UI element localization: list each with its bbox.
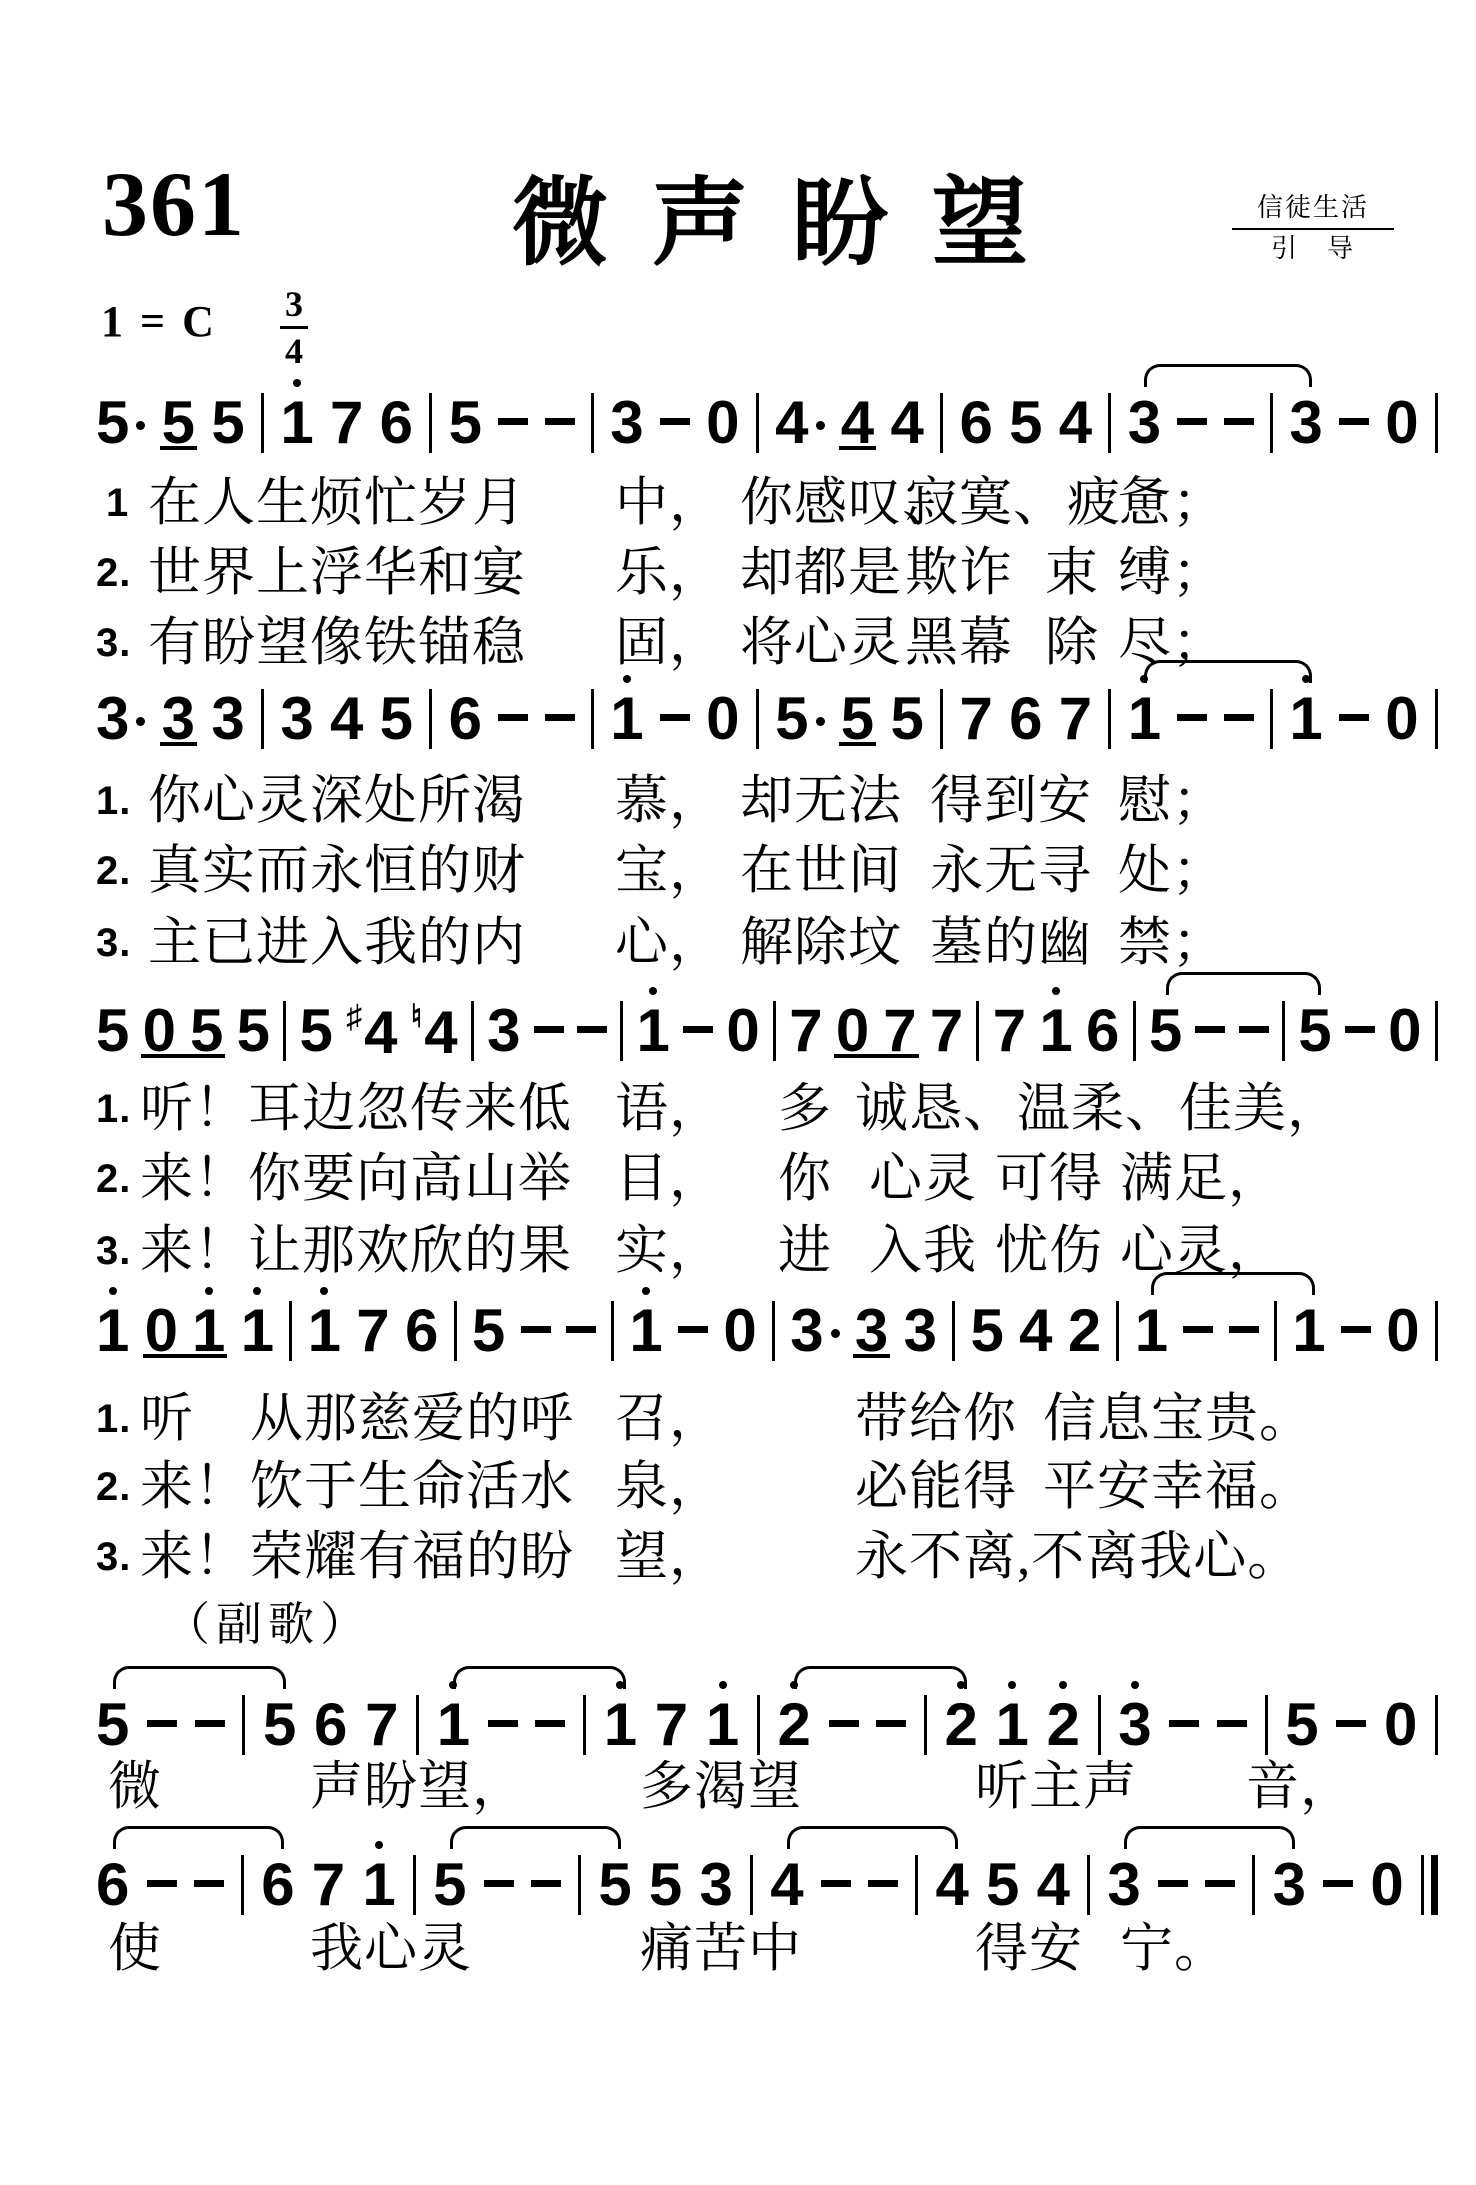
verse-number: 2.: [96, 851, 131, 891]
note: 2: [945, 1695, 978, 1755]
note: 5: [190, 1001, 223, 1061]
note: 4: [1059, 393, 1092, 453]
tie-arc: [113, 1666, 286, 1689]
beam-group: 4: [841, 393, 874, 453]
lyric-segment: 听主声: [975, 1758, 1137, 1816]
barline: [1116, 1301, 1119, 1361]
note: 5: [971, 1301, 1004, 1361]
beam-group: 01: [145, 1301, 226, 1361]
lyric-line-verse2-phrase4: 2.来！饮于生命活水泉，必能得平安幸福。: [0, 1458, 1476, 1520]
barline: [591, 393, 594, 453]
lyric-segment: 可得: [995, 1150, 1103, 1208]
notation-line-4: 1011176510333542110: [96, 1296, 1438, 1366]
barline: [1098, 1695, 1101, 1755]
beam-group: 05: [143, 1001, 224, 1061]
augmentation-dot: [136, 717, 145, 726]
lyric-segment: 却都是: [740, 544, 902, 602]
duration-dash: [488, 1720, 518, 1727]
duration-dash: [498, 714, 528, 721]
note: 6: [314, 1695, 347, 1755]
rest-note: 0: [836, 1001, 869, 1061]
barline: [1133, 1001, 1136, 1061]
rest-note: 0: [1385, 689, 1418, 749]
lyric-segment: 诚恳、温柔、佳美，: [855, 1080, 1341, 1138]
note: 3: [855, 1301, 888, 1361]
note: 1: [629, 1301, 662, 1361]
barline: [578, 1855, 581, 1915]
note: 5: [449, 393, 482, 453]
barline: [940, 689, 943, 749]
barline: [1087, 1855, 1090, 1915]
note: 5: [986, 1855, 1019, 1915]
duration-dash: [1323, 1880, 1353, 1887]
lyric-segment: 中，: [615, 474, 723, 532]
notation-line-1: 555176530444654330: [96, 388, 1438, 458]
rest-note: 0: [723, 1301, 756, 1361]
duration-dash: [498, 418, 528, 425]
notation-line-refrain-2: 667155534454330: [96, 1850, 1438, 1920]
note: 3: [487, 1001, 520, 1061]
rest-note: 0: [706, 689, 739, 749]
lyric-segment: 平安幸福。: [1043, 1458, 1313, 1516]
duration-dash: [147, 1880, 177, 1887]
lyric-segment: 实，: [615, 1222, 723, 1280]
note: 1: [96, 1301, 129, 1361]
rest-note: 0: [1370, 1855, 1403, 1915]
duration-dash: [1217, 1720, 1247, 1727]
notation-line-refrain-1: 556711712212350: [96, 1690, 1438, 1760]
note: 7: [365, 1695, 398, 1755]
barline: [1435, 393, 1438, 453]
lyric-segment: 黑幕: [905, 614, 1013, 672]
hymn-title: 微声盼望: [512, 176, 1072, 272]
duration-dash: [195, 1720, 225, 1727]
lyric-segment: 我心灵: [310, 1920, 472, 1978]
lyric-line-verse1-phrase1: 1在人生烦忙岁月中，你感叹、寂寞、疲惫；: [0, 474, 1476, 536]
category-top-text: 信徒生活: [1232, 192, 1394, 230]
barline: [261, 689, 264, 749]
note: 5: [598, 1855, 631, 1915]
lyric-segment: 世界上浮华和宴: [148, 544, 526, 602]
verse-number: 3.: [96, 623, 131, 663]
note: 6: [405, 1301, 438, 1361]
lyric-segment: 心灵: [869, 1150, 977, 1208]
barline: [620, 1001, 623, 1061]
barline: [429, 393, 432, 453]
barline: [772, 1301, 775, 1361]
note: 4: [775, 393, 824, 453]
verse-number: 2.: [96, 1467, 131, 1507]
lyric-segment: 除: [1045, 614, 1099, 672]
beam-group: 5: [162, 393, 195, 453]
note: 3: [1107, 1855, 1140, 1915]
lyric-segment: 来！: [140, 1528, 248, 1586]
note: 6: [261, 1855, 294, 1915]
barline: [416, 1695, 419, 1755]
time-signature: 3 4: [280, 286, 308, 369]
lyric-segment: 固，: [615, 614, 723, 672]
lyric-segment: 处；: [1118, 842, 1226, 900]
barline: [1435, 1001, 1438, 1061]
note: 6: [1009, 689, 1042, 749]
lyric-segment: 音，: [1246, 1758, 1354, 1816]
lyric-line-verse1-phrase4: 1.听从那慈爱的呼召，带给你信息宝贵。: [0, 1390, 1476, 1452]
note: 5: [890, 689, 923, 749]
note: 6: [380, 393, 413, 453]
beam-group: 3: [162, 689, 195, 749]
duration-dash: [1224, 418, 1254, 425]
barline: [1274, 1301, 1277, 1361]
lyric-segment: 在世间: [740, 842, 902, 900]
lyric-segment: 真实而永恒的财: [148, 842, 526, 900]
lyric-segment: 忧伤: [995, 1222, 1103, 1280]
lyric-segment: 在人生烦忙岁月: [148, 474, 526, 532]
barline: [1270, 393, 1273, 453]
lyric-segment: 来！: [140, 1458, 248, 1516]
duration-dash: [566, 1326, 596, 1333]
category-bottom-text: 引 导: [1232, 230, 1394, 266]
duration-dash: [1158, 1880, 1188, 1887]
lyric-segment: 宝，: [615, 842, 723, 900]
note: 2: [1068, 1301, 1101, 1361]
augmentation-dot: [816, 421, 825, 430]
barline: [952, 1301, 955, 1361]
augmentation-dot: [831, 1329, 840, 1338]
note: 6: [959, 393, 992, 453]
lyric-segment: 束: [1045, 544, 1099, 602]
barline: [1108, 393, 1111, 453]
lyric-segment: 召，: [615, 1390, 723, 1448]
barline: [1435, 689, 1438, 749]
lyric-segment: 满足，: [1120, 1150, 1282, 1208]
rest-note: 0: [1385, 393, 1418, 453]
duration-dash: [660, 714, 690, 721]
barline: [1108, 689, 1111, 749]
beam-group: 5: [841, 689, 874, 749]
barline: [924, 1695, 927, 1755]
refrain-label: （副歌）: [164, 1602, 372, 1648]
duration-dash: [1177, 418, 1207, 425]
lyric-segment: 寂寞、疲: [905, 474, 1121, 532]
note: 3: [699, 1855, 732, 1915]
duration-dash: [545, 418, 575, 425]
lyric-segment: 听！耳边忽传来低: [140, 1080, 572, 1138]
note: 5: [211, 393, 244, 453]
augmentation-dot: [816, 717, 825, 726]
lyric-line-verse1-phrase2: 1.你心灵深处所渴慕，却无法得到安慰；: [0, 772, 1476, 834]
note: 2: [1047, 1695, 1080, 1755]
category-label: 信徒生活 引 导: [1232, 192, 1394, 265]
barline: [429, 689, 432, 749]
note: 1: [604, 1695, 637, 1755]
note: 5: [96, 393, 145, 453]
note: 1: [437, 1695, 470, 1755]
duration-dash: [147, 1720, 177, 1727]
note: 4: [841, 393, 874, 453]
lyric-segment: 惫；: [1118, 474, 1226, 532]
duration-dash: [194, 1880, 224, 1887]
duration-dash: [1224, 714, 1254, 721]
duration-dash: [821, 1880, 851, 1887]
barline: [1435, 1301, 1438, 1361]
lyric-segment: 多渴望: [640, 1758, 802, 1816]
note: 7: [789, 1001, 822, 1061]
note: 5: [1285, 1695, 1318, 1755]
lyric-segment: 从那慈爱的呼: [250, 1390, 574, 1448]
barline: [773, 1001, 776, 1061]
barline: [471, 1001, 474, 1061]
tie-arc: [1144, 364, 1312, 387]
note: 5: [472, 1301, 505, 1361]
note: 1: [241, 1301, 274, 1361]
note: 5: [237, 1001, 270, 1061]
rest-note: 0: [145, 1301, 178, 1361]
lyric-segment: 得到安: [930, 772, 1092, 830]
barline: [611, 1301, 614, 1361]
lyric-segment: 望，: [615, 1528, 723, 1586]
verse-number: 3.: [96, 1231, 131, 1271]
lyric-segment: 带给你: [855, 1390, 1017, 1448]
note: 7: [312, 1855, 345, 1915]
lyric-segment: 心，: [615, 914, 723, 972]
duration-dash: [1195, 1026, 1225, 1033]
lyric-line-verse2-phrase2: 2.真实而永恒的财宝，在世间永无寻处；: [0, 842, 1476, 904]
note: 6: [1086, 1001, 1119, 1061]
note: 7: [993, 1001, 1026, 1061]
lyric-segment: 乐，: [615, 544, 723, 602]
barline: [1265, 1695, 1268, 1755]
note: 1: [1039, 1001, 1072, 1061]
lyric-segment: 永无寻: [930, 842, 1092, 900]
barline: [261, 393, 264, 453]
lyric-segment: 将心灵: [740, 614, 902, 672]
note: 3: [211, 689, 244, 749]
note: 5: [300, 1001, 333, 1061]
lyric-segment: 荣耀有福的盼: [250, 1528, 574, 1586]
duration-dash: [876, 1720, 906, 1727]
note: 4: [1019, 1301, 1052, 1361]
note: 7: [330, 393, 363, 453]
lyric-line-refrain-2: 使我心灵痛苦中得安宁。: [0, 1920, 1476, 1982]
lyric-segment: 痛苦中: [640, 1920, 802, 1978]
verse-number: 1.: [96, 1089, 131, 1129]
note: 5: [1298, 1001, 1331, 1061]
duration-dash: [535, 1720, 565, 1727]
barline: [1435, 1695, 1438, 1755]
duration-dash: [1345, 1026, 1375, 1033]
rest-note: 0: [1384, 1695, 1417, 1755]
duration-dash: [1339, 714, 1369, 721]
rest-note: 0: [706, 393, 739, 453]
duration-dash: [678, 1326, 708, 1333]
verse-number: 1.: [96, 1399, 131, 1439]
note: 3: [1118, 1695, 1151, 1755]
rest-note: 0: [143, 1001, 176, 1061]
barline: [241, 1855, 244, 1915]
lyric-segment: 饮于生命活水: [250, 1458, 574, 1516]
lyric-segment: 多: [778, 1080, 832, 1138]
note: 6: [449, 689, 482, 749]
lyric-segment: 得安: [975, 1920, 1083, 1978]
verse-number: 1: [106, 483, 129, 523]
note: 3: [610, 393, 643, 453]
barline: [289, 1301, 292, 1361]
note: 2: [778, 1695, 811, 1755]
lyric-segment: 你心灵深处所渴: [148, 772, 526, 830]
lyric-segment: 语，: [615, 1080, 723, 1138]
time-signature-numerator: 3: [280, 286, 308, 326]
duration-dash: [1239, 1026, 1269, 1033]
duration-dash: [1183, 1326, 1213, 1333]
duration-dash: [521, 1326, 551, 1333]
key-signature: 1 = C: [101, 300, 217, 344]
note: 5: [649, 1855, 682, 1915]
note: 5: [162, 393, 195, 453]
note: 4: [935, 1855, 968, 1915]
note: 1: [280, 393, 313, 453]
note: 7: [883, 1001, 916, 1061]
barline: [757, 1695, 760, 1755]
lyric-segment: 目，: [615, 1150, 723, 1208]
note: 1: [362, 1855, 395, 1915]
tie-arc: [1124, 1826, 1295, 1849]
duration-dash: [1229, 1326, 1259, 1333]
lyric-segment: 信息宝贵。: [1043, 1390, 1313, 1448]
note: 1: [308, 1301, 341, 1361]
note: 4: [890, 393, 923, 453]
lyric-line-verse1-phrase3: 1.听！耳边忽传来低语，多诚恳、温柔、佳美，: [0, 1080, 1476, 1142]
lyric-segment: 使: [108, 1920, 162, 1978]
note: 7: [655, 1695, 688, 1755]
lyric-segment: 入我: [869, 1222, 977, 1280]
lyric-segment: 墓的幽: [930, 914, 1092, 972]
note: 7: [959, 689, 992, 749]
note: 5: [96, 1695, 129, 1755]
lyric-line-verse2-phrase1: 2.世界上浮华和宴乐，却都是欺诈束缚；: [0, 544, 1476, 606]
time-signature-denominator: 4: [280, 326, 308, 369]
hymn-number: 361: [102, 158, 246, 250]
barline: [940, 393, 943, 453]
note: 3: [790, 1301, 839, 1361]
barline: [283, 1001, 286, 1061]
barline: [750, 1855, 753, 1915]
duration-dash: [1177, 714, 1207, 721]
duration-dash: [829, 1720, 859, 1727]
lyric-segment: 欺诈: [905, 544, 1013, 602]
duration-dash: [577, 1026, 607, 1033]
barline: [454, 1301, 457, 1361]
lyric-segment: 却无法: [740, 772, 902, 830]
lyric-segment: 慕，: [615, 772, 723, 830]
lyric-segment: 微: [108, 1758, 162, 1816]
tie-arc: [1151, 1272, 1315, 1295]
note: 7: [1059, 689, 1092, 749]
natural-accidental: ♮: [411, 998, 422, 1034]
lyric-segment: 解除坟: [740, 914, 902, 972]
note: 1: [996, 1695, 1029, 1755]
duration-dash: [868, 1880, 898, 1887]
note: 3: [162, 689, 195, 749]
duration-dash: [534, 1026, 564, 1033]
verse-number: 3.: [96, 923, 131, 963]
duration-dash: [484, 1880, 514, 1887]
sharp-accidental: ♯: [346, 998, 362, 1034]
lyric-segment: 来！你要向高山举: [140, 1150, 572, 1208]
note: 1: [610, 689, 643, 749]
barline: [756, 393, 759, 453]
duration-dash: [683, 1026, 713, 1033]
note: 5: [96, 1001, 129, 1061]
note: 1: [636, 1001, 669, 1061]
augmentation-dot: [136, 421, 145, 430]
lyric-segment: 慰；: [1118, 772, 1226, 830]
tie-arc: [787, 1826, 958, 1849]
barline: [1252, 1855, 1255, 1915]
duration-dash: [1169, 1720, 1199, 1727]
duration-dash: [1339, 418, 1369, 425]
verse-number: 2.: [96, 553, 131, 593]
note: 4: [330, 689, 363, 749]
rest-note: 0: [1388, 1001, 1421, 1061]
lyric-segment: 主已进入我的内: [148, 914, 526, 972]
lyric-segment: 缚；: [1118, 544, 1226, 602]
lyric-line-verse3-phrase4: 3.来！荣耀有福的盼望，永不离,不离我心。: [0, 1528, 1476, 1590]
tie-arc: [113, 1826, 284, 1849]
note: 3: [1128, 393, 1161, 453]
duration-dash: [1336, 1720, 1366, 1727]
note: 1: [1289, 689, 1322, 749]
beam-group: 07: [836, 1001, 917, 1061]
lyric-segment: 泉，: [615, 1458, 723, 1516]
note: 1: [1292, 1301, 1325, 1361]
rest-note: 0: [1386, 1301, 1419, 1361]
note: 4: [770, 1855, 803, 1915]
note: 5: [380, 689, 413, 749]
note: 7: [356, 1301, 389, 1361]
note: 1: [706, 1695, 739, 1755]
tie-arc: [1166, 972, 1321, 995]
rest-note: 0: [726, 1001, 759, 1061]
lyric-segment: 来！让那欢欣的果: [140, 1222, 572, 1280]
note: 3: [280, 689, 313, 749]
verse-number: 2.: [96, 1159, 131, 1199]
lyric-line-refrain-1: 微声盼望，多渴望听主声音，: [0, 1758, 1476, 1820]
lyric-segment: 禁；: [1118, 914, 1226, 972]
barline: [591, 689, 594, 749]
barline: [1270, 689, 1273, 749]
barline: [915, 1855, 918, 1915]
verse-number: 1.: [96, 781, 131, 821]
note: ♯4: [346, 1000, 397, 1063]
lyric-segment: 永不离,不离我心。: [855, 1528, 1301, 1586]
tie-arc: [794, 1666, 967, 1689]
note: 7: [930, 1001, 963, 1061]
note: 5: [1149, 1001, 1182, 1061]
barline: [1282, 1001, 1285, 1061]
lyric-line-verse2-phrase3: 2.来！你要向高山举目，你心灵可得满足，: [0, 1150, 1476, 1212]
verse-number: 3.: [96, 1537, 131, 1577]
lyric-line-verse3-phrase2: 3.主已进入我的内心，解除坟墓的幽禁；: [0, 914, 1476, 976]
note: 1: [1128, 689, 1161, 749]
lyric-segment: 听: [140, 1390, 194, 1448]
sheet-music-page: 361 微声盼望 信徒生活 引 导 1 = C 3 4 555176530444…: [0, 0, 1476, 2185]
final-barline: [1421, 1855, 1438, 1915]
lyric-segment: 进: [778, 1222, 832, 1280]
barline: [413, 1855, 416, 1915]
notation-line-2: 333345610555767110: [96, 684, 1438, 754]
note: 3: [1273, 1855, 1306, 1915]
note: 3: [1289, 393, 1322, 453]
